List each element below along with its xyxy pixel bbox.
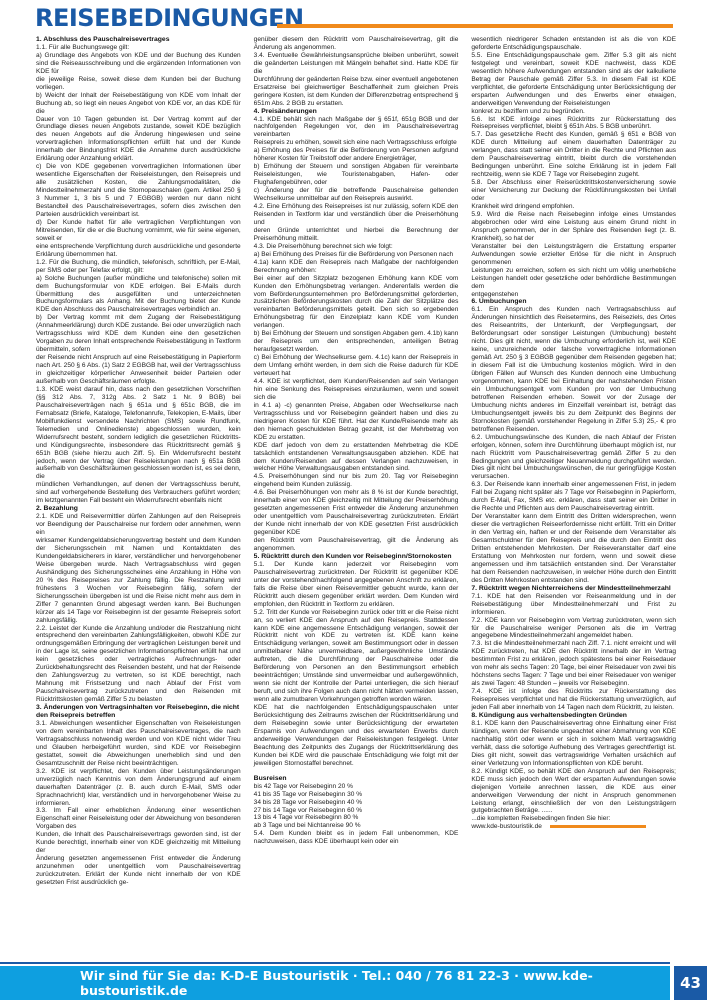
paragraph: 8.2. Kündigt KDE, so behält KDE den Ansp…: [471, 768, 676, 816]
footer-divider: [0, 962, 670, 964]
section-heading: 2. Bezahlung: [36, 505, 241, 513]
paragraph: 34 bis 28 Tage vor Reisebeginn 40 %: [254, 799, 459, 807]
paragraph: 3.4. Eventuelle Gewährleistungsansprüche…: [254, 52, 459, 76]
paragraph: Änderung gesetzten angemessenen Frist en…: [36, 855, 241, 887]
paragraph: 2.1. KDE und Reisevermittler dürfen Zahl…: [36, 513, 241, 537]
paragraph: den Rücktritt vom Pauschalreisevertrag, …: [254, 537, 459, 553]
paragraph: die jeweilige Reise, soweit diese dem Ku…: [36, 76, 241, 92]
paragraph: KDE darf jedoch von dem zu erstattenden …: [254, 442, 459, 474]
paragraph: Bei einer auf den Sitzplatz bezogenen Er…: [254, 275, 459, 331]
website-link[interactable]: www.kde-bustouristik.de: [471, 823, 542, 830]
paragraph: 13 bis 4 Tage vor Reisebeginn 80 %: [254, 814, 459, 822]
paragraph: 2.2. Leistet der Kunde die Anzahlung und…: [36, 625, 241, 705]
footer-contact-text: Wir sind für Sie da: K-D-E Bustouristik …: [80, 968, 670, 998]
paragraph: Reisepreis zu erhöhen, soweit sich eine …: [254, 139, 459, 147]
paragraph: b) Der Vertrag kommt mit dem Zugang der …: [36, 314, 241, 354]
paragraph: 6.1. Ein Anspruch des Kunden nach Vertra…: [471, 306, 676, 433]
paragraph: Krankheit wird dringend empfohlen.: [471, 203, 676, 211]
page-number: 43: [674, 966, 707, 1000]
paragraph: ab 3 Tage und bei Nichtanreise 90 %: [254, 822, 459, 830]
section-heading: 5. Rücktritt durch den Kunden vor Reiseb…: [254, 553, 459, 561]
paragraph: 4.4. KDE ist verpflichtet, dem Kunden/Re…: [254, 378, 459, 402]
title-accent-rule: [277, 24, 673, 28]
terms-columns: 1. Abschluss des Pauschalreisevertrages1…: [36, 36, 676, 936]
section-heading: 3. Änderungen von Vertragsinhalten vor R…: [36, 704, 241, 720]
paragraph: wirksamer Kundengeldabsicherungsvertrag …: [36, 537, 241, 624]
paragraph: 7.1. KDE hat den Reisenden vor Reiseanme…: [471, 593, 676, 617]
paragraph: KDE hat die nachfolgenden Entschädigungs…: [254, 704, 459, 768]
paragraph: c) Bei Erhöhung der Wechselkurse gem. 4.…: [254, 354, 459, 378]
paragraph: a) Grundlage des Angebots von KDE und de…: [36, 52, 241, 76]
column-3: wesentlich niedrigerer Schaden entstande…: [471, 36, 676, 936]
section-heading: Busreisen: [254, 775, 459, 783]
footer-bar: Wir sind für Sie da: K-D-E Bustouristik …: [0, 966, 670, 1000]
paragraph: 5.9. Wird die Reise nach Reisebeginn inf…: [471, 211, 676, 243]
paragraph: ...die kompletten Reisebedingen finden S…: [471, 815, 676, 823]
paragraph: 5.8. Der Abschluss einer Reiserücktritts…: [471, 179, 676, 203]
section-heading: 8. Kündigung aus verhaltensbedingten Grü…: [471, 712, 676, 720]
paragraph: Dauer von 10 Tagen gebunden ist. Der Ver…: [36, 116, 241, 164]
paragraph: 5.5. Eine Entschädigungspauschale gem. Z…: [471, 52, 676, 108]
paragraph: bis 42 Tage vor Reisebeginn 20 %: [254, 783, 459, 791]
paragraph: 41 bis 35 Tage vor Reisebeginn 30 %: [254, 791, 459, 799]
paragraph: deren Gründe unterrichtet und hierbei di…: [254, 227, 459, 243]
paragraph: der Reisende nicht Anspruch auf eine Rei…: [36, 354, 241, 386]
website-link-row: www.kde-bustouristik.de: [471, 823, 676, 831]
paragraph: 7.2. KDE kann vor Reisebeginn vom Vertra…: [471, 617, 676, 641]
closing-accent-rule: [550, 825, 646, 828]
paragraph: c) Die von KDE gegebenen vorvertragliche…: [36, 163, 241, 219]
paragraph: c) Änderung der für die betreffende Paus…: [254, 187, 459, 203]
page-header: REISEBEDINGUNGEN: [35, 2, 675, 36]
paragraph: 5.7. Das gesetzliche Recht des Kunden, g…: [471, 131, 676, 179]
paragraph: 8.1. KDE kann den Pauschalreisevertrag o…: [471, 720, 676, 768]
paragraph: Kunden, die Inhalt des Pauschalreisevert…: [36, 831, 241, 855]
paragraph: 4.3. Die Preiserhöhung berechnet sich wi…: [254, 243, 459, 251]
paragraph: 6.2. Umbuchungswünsche des Kunden, die n…: [471, 434, 676, 482]
paragraph: 5.4. Dem Kunden bleibt es in jedem Fall …: [254, 830, 459, 846]
paragraph: b) Bei Erhöhung der Steuern und sonstige…: [254, 330, 459, 354]
page-title: REISEBEDINGUNGEN: [35, 4, 304, 32]
paragraph: 7.3. Ist die Mindestteilnehmerzahl nach …: [471, 640, 676, 688]
paragraph: 4.1. KDE behält sich nach Maßgabe der § …: [254, 116, 459, 140]
paragraph: 6.3. Der Reisende kann innerhalb einer a…: [471, 481, 676, 513]
section-heading: 7. Rücktritt wegen Nichterreichens der M…: [471, 585, 676, 593]
paragraph: 4.6. Bei Preiserhöhungen von mehr als 8 …: [254, 489, 459, 537]
paragraph: in 4.1 a) -c) genannten Preise, Abgaben …: [254, 402, 459, 442]
paragraph: 1.1. Für alle Buchungswege gilt:: [36, 44, 241, 52]
paragraph: b) Erhöhung der Steuern und sonstigen Ab…: [254, 163, 459, 187]
paragraph: 3.1. Abweichungen wesentlicher Eigenscha…: [36, 720, 241, 768]
paragraph: 5.6. Ist KDE infolge eines Rücktritts zu…: [471, 116, 676, 132]
paragraph: wesentlich niedrigerer Schaden entstande…: [471, 36, 676, 52]
paragraph: 3.3. Im Fall einer erheblichen Änderung …: [36, 807, 241, 831]
paragraph: a) Erhöhung des Preises für die Beförder…: [254, 147, 459, 163]
paragraph: 4.5. Preiserhöhungen sind nur bis zum 20…: [254, 473, 459, 489]
column-1: 1. Abschluss des Pauschalreisevertrages1…: [36, 36, 241, 936]
paragraph: Veranstalter bei den Leistungsträgern di…: [471, 243, 676, 267]
paragraph: 1.3. KDE weist darauf hin, dass nach den…: [36, 386, 241, 481]
spacer: [254, 768, 459, 775]
paragraph: 5.1. Der Kunde kann jederzeit vor Reiseb…: [254, 561, 459, 609]
paragraph: 3.2. KDE ist verpflichtet, den Kunden üb…: [36, 768, 241, 808]
paragraph: entgegenstehen: [471, 291, 676, 299]
section-heading: 4. Preisänderungen: [254, 108, 459, 116]
paragraph: d) Der Kunde haftet für alle vertraglich…: [36, 219, 241, 243]
column-2: genüber diesem den Rücktritt vom Pauscha…: [254, 36, 459, 936]
paragraph: 1.2. Für die Buchung, die mündlich, tele…: [36, 259, 241, 275]
paragraph: konkret zu beziffern und zu begründen.: [471, 108, 676, 116]
paragraph: a) Bei Erhöhung des Preises für die Befö…: [254, 251, 459, 259]
paragraph: 4.2. Eine Erhöhung des Reisepreises ist …: [254, 203, 459, 227]
paragraph: Der Veranstalter kann dem Eintritt des D…: [471, 513, 676, 585]
paragraph: Durchführung der geänderten Reise bzw. e…: [254, 76, 459, 108]
paragraph: eine entsprechende Verpflichtung durch a…: [36, 243, 241, 259]
paragraph: mündlichen Verhandlungen, auf denen der …: [36, 481, 241, 505]
paragraph: 5.2. Tritt der Kunde vor Reisebeginn zur…: [254, 609, 459, 704]
paragraph: 27 bis 14 Tage vor Reisebeginn 60 %: [254, 807, 459, 815]
section-heading: 6. Umbuchungen: [471, 298, 676, 306]
paragraph: b) Weicht der Inhalt der Reisebestätigun…: [36, 92, 241, 116]
paragraph: genüber diesem den Rücktritt vom Pauscha…: [254, 36, 459, 52]
paragraph: Leistungen zu erreichen, sofern es sich …: [471, 267, 676, 291]
paragraph: a) Solche Buchungen (außer mündliche und…: [36, 275, 241, 315]
paragraph: 7.4. KDE ist infolge des Rücktritts zur …: [471, 688, 676, 712]
paragraph: 4.1a) kann KDE den Reisepreis nach Maßga…: [254, 259, 459, 275]
section-heading: 1. Abschluss des Pauschalreisevertrages: [36, 36, 241, 44]
